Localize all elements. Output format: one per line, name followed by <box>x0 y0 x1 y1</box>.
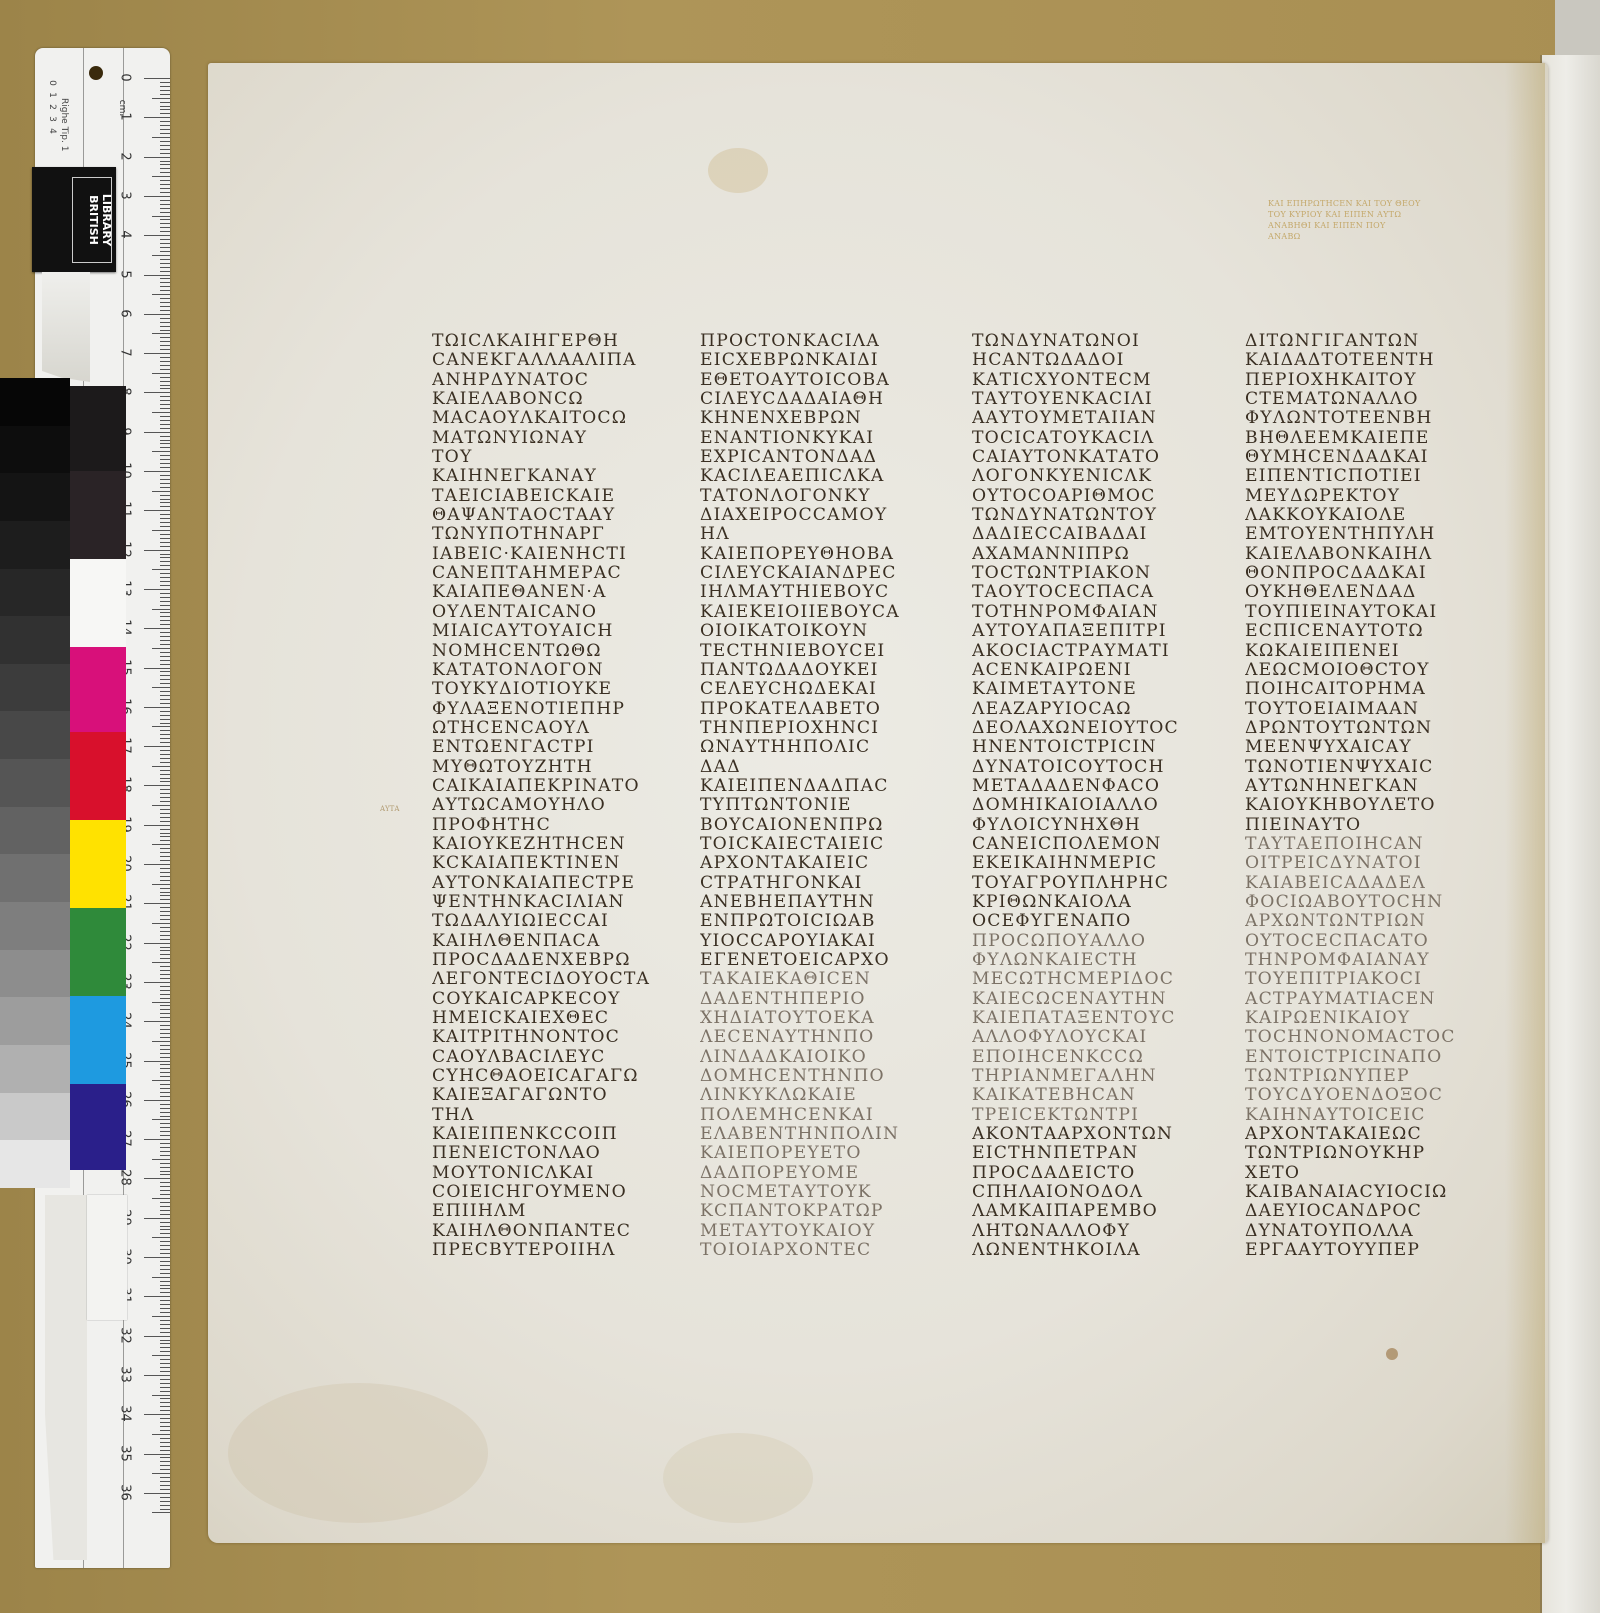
text-line: ΠΑΝΤΩΔΑΔΟΥΚΕΙ <box>700 661 900 680</box>
greyscale-card <box>0 378 70 1188</box>
text-line: ΠΡΟΦΗΤΗC <box>432 816 650 835</box>
text-line: ΕΝΑΝΤΙΟΝΚΥΚΑΙ <box>700 429 900 448</box>
ruler-tick <box>160 1363 170 1364</box>
text-line: ΜΑCΑΟΥΛΚΑΙΤΟCΩ <box>432 409 650 428</box>
text-line: ΜΑΤΩΝΥΙΩΝΑΥ <box>432 429 650 448</box>
text-line: ΕΘΕΤΟΑΥΤΟΙCΟΒΑ <box>700 371 900 390</box>
ruler-tick <box>160 876 170 877</box>
text-line: ΤΩΙCΛΚΑΙΗΓΕΡΘΗ <box>432 332 650 351</box>
text-line: ΔΟΜΗΙΚΑΙΟΙΑΛΛΟ <box>972 796 1179 815</box>
text-line: ΤΗΛ <box>432 1106 650 1125</box>
ruler-tick <box>160 640 170 641</box>
text-line: CΑΟΥΛΒΑCΙΛΕΥC <box>432 1048 650 1067</box>
grey-step <box>0 950 70 998</box>
ruler-tick <box>160 125 170 126</box>
ruler-tick <box>144 1336 170 1337</box>
text-line: CΑΝΕΠΤΑΗΜΕΡΑC <box>432 564 650 583</box>
ruler-tick <box>144 314 170 315</box>
text-line: ΚΑΙΕΛΑΒΟΝCΩ <box>432 390 650 409</box>
ruler-tick <box>160 534 170 535</box>
ruler-tick <box>152 805 170 806</box>
swatch-yellow <box>70 820 126 908</box>
ruler-tick <box>160 1084 170 1085</box>
ruler-tick <box>160 267 170 268</box>
ruler-tick <box>160 699 170 700</box>
ruler-tick <box>160 679 170 680</box>
text-line: ΠΟΛΕΜΗCΕΝΚΑΙ <box>700 1106 900 1125</box>
ruler-tick <box>160 487 170 488</box>
ruler-tick <box>144 392 170 393</box>
ruler-tick <box>160 1131 170 1132</box>
text-line: ΤΟΤΗΝΡΟΜΦΑΙΑΝ <box>972 603 1179 622</box>
text-line: CΠΗΛΑΙΟΝΟΔΟΛ <box>972 1183 1179 1202</box>
stain <box>1386 1348 1398 1360</box>
ruler-tick <box>160 1163 170 1164</box>
ruler-tick <box>160 1005 170 1006</box>
text-line: CΤΕΜΑΤΩΝΑΛΛΟ <box>1245 390 1456 409</box>
text-line: ΛΕCΕΝΑΥΤΗΝΠΟ <box>700 1028 900 1047</box>
adjacent-page-edge <box>1540 55 1600 1613</box>
text-line: ΚΗΝΕΝΧΕΒΡΩΝ <box>700 409 900 428</box>
text-line: ΕΠΟΙΗCΕΝΚCCΩ <box>972 1048 1179 1067</box>
text-line: ΚΑΙΟΥΚΗΒΟΥΛΕΤΟ <box>1245 796 1456 815</box>
text-line: ΤΗΝΡΟΜΦΑΙΑΝΑΥ <box>1245 951 1456 970</box>
ruler-tick <box>160 966 170 967</box>
ruler-tick <box>152 294 170 295</box>
text-line: ΑΚΟCΙΑCΤΡΑΥΜΑΤΙ <box>972 642 1179 661</box>
ruler-tick <box>160 1017 170 1018</box>
text-line: ΤΟΥCΔΥΟΕΝΔΟΞΟC <box>1245 1086 1456 1105</box>
text-line: ΔΥΝΑΤΟΙCΟΥΤΟCΗ <box>972 758 1179 777</box>
ruler-tick <box>160 950 170 951</box>
ruler-tick <box>160 341 170 342</box>
swatch-red <box>70 732 126 820</box>
ruler-tick <box>160 1398 170 1399</box>
ruler-tick <box>160 1155 170 1156</box>
text-line: ΟΙΟΙΚΑΤΟΙΚΟΥΝ <box>700 622 900 641</box>
grey-step <box>0 378 70 426</box>
ruler-tick <box>152 491 170 492</box>
ruler-tick <box>144 353 170 354</box>
text-line: ΤΥΠΤΩΝΤΟΝΙΕ <box>700 796 900 815</box>
text-line: ΚΑΙΡΩΕΝΙΚΑΙΟΥ <box>1245 1009 1456 1028</box>
ruler-tick <box>160 1387 170 1388</box>
ruler-tick <box>160 715 170 716</box>
ruler-tick <box>160 318 170 319</box>
inch-mark-label: 3 <box>47 116 57 122</box>
ruler-tick <box>152 1041 170 1042</box>
ruler-tick <box>144 982 170 983</box>
ruler-tick <box>160 424 170 425</box>
text-line: ΦΥΛΩΝΚΑΙΕCΤΗ <box>972 951 1179 970</box>
ruler-tick <box>160 671 170 672</box>
ruler-tick <box>160 1418 170 1419</box>
ruler-tick <box>160 848 170 849</box>
ruler-tick <box>160 656 170 657</box>
text-line: ΤΟCΗΝΟΝΟΜΑCΤΟC <box>1245 1028 1456 1047</box>
text-line: ΚΩΚΑΙΕΙΠΕΝΕΙ <box>1245 642 1456 661</box>
text-line: ΚΑΤΑΤΟΝΛΟΓΟΝ <box>432 661 650 680</box>
ruler-tick <box>160 1457 170 1458</box>
text-line: ΜΕΤΑΥΤΟΥΚΑΙΟΥ <box>700 1222 900 1241</box>
text-column-3: ΤΩΝΔΥΝΑΤΩΝΟΙΗCΑΝΤΩΔΑΔΟΙΚΑΤΙCΧΥΟΝΤΕCΜΤΑΥΤ… <box>972 332 1179 1261</box>
ruler-tick <box>160 1304 170 1305</box>
cm-mark-label: 7 <box>118 343 133 363</box>
text-line: ΜΕΥΔΩΡΕΚΤΟΥ <box>1245 487 1456 506</box>
ruler-tick <box>160 204 170 205</box>
text-line: ΚΑΙΕΛΑΒΟΝΚΑΙΗΛ <box>1245 545 1456 564</box>
text-line: ΤΡΕΙCΕΚΤΩΝΤΡΙ <box>972 1106 1179 1125</box>
ruler-tick <box>160 1116 170 1117</box>
ruler-tick <box>160 978 170 979</box>
ruler-tick <box>160 703 170 704</box>
ruler-tick <box>160 168 170 169</box>
text-line: ΠΡΕCΒΥΤΕΡΟΙΙΗΛ <box>432 1241 650 1260</box>
ruler-tick <box>160 1214 170 1215</box>
ruler-tick <box>160 377 170 378</box>
ruler-tick <box>152 609 170 610</box>
stain <box>708 148 768 193</box>
ruler-tick <box>160 935 170 936</box>
cm-mark-label: 0 <box>118 68 133 88</box>
ruler-tick <box>152 1159 170 1160</box>
ruler-tick <box>144 628 170 629</box>
margin-annotation: ΑΥΤΑ <box>380 805 399 813</box>
swatch-magenta <box>70 647 126 732</box>
ruler-tick <box>160 1308 170 1309</box>
ruler-tick <box>160 947 170 948</box>
ruler-tick <box>160 1194 170 1195</box>
ruler-tick <box>160 1371 170 1372</box>
cm-mark-label: 4 <box>118 225 133 245</box>
ruler-tick <box>152 923 170 924</box>
ruler-tick <box>160 106 170 107</box>
ruler-tick <box>152 451 170 452</box>
text-line: ΜΕΤΑΔΑΔΕΝΦΑCΟ <box>972 777 1179 796</box>
ruler-tick <box>160 1497 170 1498</box>
ruler-tick <box>160 817 170 818</box>
text-line: ΑΥΤΩCΑΜΟΥΗΛΟ <box>432 796 650 815</box>
ruler-tick <box>160 958 170 959</box>
text-line: ΤΕCΤΗΝΙΕΒΟΥCΕΙ <box>700 642 900 661</box>
ruler-tick <box>160 1029 170 1030</box>
ruler-tick <box>160 121 170 122</box>
ruler-tick <box>144 1139 170 1140</box>
text-line: ΤΩΝΟΤΙΕΝΨΥΧΑΙC <box>1245 758 1456 777</box>
ruler-tick <box>144 864 170 865</box>
ruler-tick <box>160 522 170 523</box>
ruler-tick <box>160 1190 170 1191</box>
ruler-tick <box>160 1182 170 1183</box>
ruler-tick <box>160 774 170 775</box>
ruler-tick <box>160 263 170 264</box>
text-line: ΜΕCΩΤΗCΜΕΡΙΔΟC <box>972 970 1179 989</box>
ruler-tick <box>160 1367 170 1368</box>
ruler-tick <box>160 1253 170 1254</box>
ruler-tick <box>160 310 170 311</box>
text-line: ΕΛΑΒΕΝΤΗΝΠΟΛΙΝ <box>700 1125 900 1144</box>
text-line: ΤΟCΙCΑΤΟΥΚΑCΙΛ <box>972 429 1179 448</box>
ruler-tick <box>160 459 170 460</box>
cm-mark-label: 36 <box>118 1482 133 1502</box>
text-line: ΚΑΙΔΑΔΤΟΤΕΕΝΤΗ <box>1245 351 1456 370</box>
text-line: ΑΡΧΩΝΤΩΝΤΡΙΩΝ <box>1245 912 1456 931</box>
ruler-tick <box>144 117 170 118</box>
ruler-tick <box>160 723 170 724</box>
text-line: ΘΑΨΑΝΤΑΟCΤΑΑΥ <box>432 506 650 525</box>
ruler-tick <box>160 840 170 841</box>
inch-mark-label: 1 <box>47 92 57 98</box>
text-line: ΔΟΜΗCΕΝΤΗΝΠΟ <box>700 1067 900 1086</box>
ruler-tick <box>160 141 170 142</box>
ruler-tick <box>160 90 170 91</box>
ruler-tick <box>160 998 170 999</box>
ruler-tick <box>160 381 170 382</box>
ruler-tick <box>160 271 170 272</box>
ruler-tick <box>160 1469 170 1470</box>
text-line: ΚΑΙΕΠΟΡΕΥΕΤΟ <box>700 1144 900 1163</box>
cm-mark-label: 6 <box>118 303 133 323</box>
color-calibration-card <box>70 386 126 1196</box>
cm-mark-label: 33 <box>118 1364 133 1384</box>
ruler-tick <box>160 762 170 763</box>
ruler-tick <box>160 1072 170 1073</box>
text-line: ΠΡΟCΔΑΔΕΙCΤΟ <box>972 1164 1179 1183</box>
ruler-tick <box>160 919 170 920</box>
text-line: ΚΑΙΚΑΤΕΒΗCΑΝ <box>972 1086 1179 1105</box>
text-line: ΜΕΕΝΨΥΧΑΙCΑΥ <box>1245 738 1456 757</box>
ruler-tick <box>160 302 170 303</box>
text-line: ΔΙΑΧΕΙΡΟCCΑΜΟΥ <box>700 506 900 525</box>
text-line: ΤΗΡΙΑΝΜΕΓΑΛΗΝ <box>972 1067 1179 1086</box>
ruler-tick <box>144 1218 170 1219</box>
ruler-tick <box>152 1080 170 1081</box>
ruler-tick <box>160 1245 170 1246</box>
text-line: ΛΑΚΚΟΥΚΑΙΟΛΕ <box>1245 506 1456 525</box>
ruler-tick <box>160 1143 170 1144</box>
ruler-tick <box>160 326 170 327</box>
ruler-tick <box>160 1076 170 1077</box>
text-line: ΚΑΙΑΠΕΘΑΝΕΝ·Α <box>432 583 650 602</box>
text-line: ΠΡΟCΤΟΝΚΑCΙΛΑ <box>700 332 900 351</box>
text-line: ΔΑΔΠΟΡΕΥΟΜΕ <box>700 1164 900 1183</box>
ruler-tick <box>160 259 170 260</box>
ruler-tick <box>160 113 170 114</box>
ruler-tick <box>152 844 170 845</box>
ruler-tick <box>144 196 170 197</box>
ruler-tick <box>160 880 170 881</box>
ruler-tick <box>160 1068 170 1069</box>
text-line: ΤΟCΤΩΝΤΡΙΑΚΟΝ <box>972 564 1179 583</box>
ruler-tick <box>160 1049 170 1050</box>
ruler-tick <box>160 1045 170 1046</box>
ruler-tick <box>160 664 170 665</box>
text-line: ΛΕΑΖΑΡΥΙΟCΑΩ <box>972 700 1179 719</box>
grey-step <box>0 426 70 474</box>
ruler-tick <box>160 1292 170 1293</box>
grey-step <box>0 711 70 759</box>
text-line: ΕΙCΤΗΝΠΕΤΡΑΝ <box>972 1144 1179 1163</box>
text-line: ΠΡΟΚΑΤΕΛΑΒΕΤΟ <box>700 700 900 719</box>
ruler-tick <box>144 510 170 511</box>
text-line: ΤΑΥΤΑΕΠΟΙΗCΑΝ <box>1245 835 1456 854</box>
text-line: ΚΑΙΕΠΑΤΑΞΕΝΤΟΥC <box>972 1009 1179 1028</box>
text-line: ΚCΚΑΙΑΠΕΚΤΙΝΕΝ <box>432 854 650 873</box>
text-line: ΕΝΠΡΩΤΟΙCΙΩΑΒ <box>700 912 900 931</box>
text-column-2: ΠΡΟCΤΟΝΚΑCΙΛΑΕΙCΧΕΒΡΩΝΚΑΙΔΙΕΘΕΤΟΑΥΤΟΙCΟΒ… <box>700 332 900 1261</box>
ruler-tick <box>144 825 170 826</box>
ruler-tick <box>160 1273 170 1274</box>
text-line: ΔΑΔΙΕCCΑΙΒΑΔΑΙ <box>972 525 1179 544</box>
text-line: ΤΟΙCΚΑΙΕCΤΑΙΕΙC <box>700 835 900 854</box>
ruler-tick <box>160 357 170 358</box>
ruler-tick <box>152 569 170 570</box>
ruler-tick <box>160 1206 170 1207</box>
ruler-tick <box>160 1285 170 1286</box>
ruler-tick <box>160 797 170 798</box>
ruler-tick <box>160 1104 170 1105</box>
text-line: ΠΕΡΙΟΧΗΚΑΙΤΟΥ <box>1245 371 1456 390</box>
text-line: ΚΑΙΗΝΕΓΚΑΝΑΥ <box>432 467 650 486</box>
text-line: ΕΝΤΟΙCΤΡΙCΙΝΑΠΟ <box>1245 1048 1456 1067</box>
text-line: ΠΡΟCΩΠΟΥΑΛΛΟ <box>972 932 1179 951</box>
ruler-tick <box>152 687 170 688</box>
ruler-tick <box>160 251 170 252</box>
text-line: ΟΙΤΡΕΙCΔΥΝΑΤΟΙ <box>1245 854 1456 873</box>
text-line: ΤΑΟΥΤΟCΕCΠΑCΑ <box>972 583 1179 602</box>
ruler-tick <box>152 726 170 727</box>
text-line: ΑΥΤΩΝΗΝΕΓΚΑΝ <box>1245 777 1456 796</box>
text-column-4: ΔΙΤΩΝΓΙΓΑΝΤΩΝΚΑΙΔΑΔΤΟΤΕΕΝΤΗΠΕΡΙΟΧΗΚΑΙΤΟΥ… <box>1245 332 1456 1261</box>
swatch-dark-purple-black <box>70 471 126 559</box>
ruler-tick <box>160 809 170 810</box>
text-line: ΗCΑΝΤΩΔΑΔΟΙ <box>972 351 1179 370</box>
ruler-tick <box>160 789 170 790</box>
ruler-tick <box>160 1053 170 1054</box>
text-line: ΤΟΥ <box>432 448 650 467</box>
ruler-tick <box>160 986 170 987</box>
ruler-tick <box>160 1037 170 1038</box>
ruler-tick <box>160 1406 170 1407</box>
text-line: ΧΗΔΙΑΤΟΥΤΟΕΚΑ <box>700 1009 900 1028</box>
ruler-tick <box>144 157 170 158</box>
text-line: ΚΑCΙΛΕΑΕΠΙCΛΚΑ <box>700 467 900 486</box>
ruler-tick <box>160 396 170 397</box>
text-line: CΟΥΚΑΙCΑΡΚΕCΟΥ <box>432 990 650 1009</box>
ruler-tick <box>160 899 170 900</box>
ruler-tick <box>160 632 170 633</box>
text-line: ΤΩΝΤΡΙΩΝΥΠΕΡ <box>1245 1067 1456 1086</box>
ruler-tick <box>160 821 170 822</box>
ruler-tick <box>144 903 170 904</box>
text-line: ΛΙΝΚΥΚΛΩΚΑΙΕ <box>700 1086 900 1105</box>
ruler-tick <box>160 133 170 134</box>
ruler-tick <box>152 1002 170 1003</box>
text-line: ΑCΤΡΑΥΜΑΤΙΑCΕΝ <box>1245 990 1456 1009</box>
swatch-black <box>70 386 126 471</box>
ruler-tick <box>160 738 170 739</box>
text-line: ΔΑΔ <box>700 758 900 777</box>
text-line: ΤΩΝΥΠΟΤΗΝΑΡΓ <box>432 525 650 544</box>
ruler-tick <box>160 801 170 802</box>
ruler-tick <box>144 1061 170 1062</box>
ruler-tick <box>160 306 170 307</box>
ruler-tick <box>160 892 170 893</box>
ruler-tick <box>160 593 170 594</box>
ruler-tick <box>160 1261 170 1262</box>
ruler-tick <box>160 970 170 971</box>
text-line: ΘΥΜΗCΕΝΔΑΔΚΑΙ <box>1245 448 1456 467</box>
ruler-tick <box>160 1009 170 1010</box>
text-line: ΑΧΑΜΑΝΝΙΠΡΩ <box>972 545 1179 564</box>
text-line: ΩΤΗCΕΝCΑΟΥΛ <box>432 719 650 738</box>
inch-mark-label: 2 <box>47 104 57 110</box>
unit-label: cm. <box>117 98 127 118</box>
ruler-tick <box>160 605 170 606</box>
text-line: CΑΙΚΑΙΑΠΕΚΡΙΝΑΤΟ <box>432 777 650 796</box>
ruler-tick <box>160 361 170 362</box>
ruler-tick <box>160 833 170 834</box>
cm-mark-label: 5 <box>118 264 133 284</box>
text-line: ΑΚΟΝΤΑΑΡΧΟΝΤΩΝ <box>972 1125 1179 1144</box>
text-line: ΗΝΕΝΤΟΙCΤΡΙCΙΝ <box>972 738 1179 757</box>
ruler-tick <box>160 337 170 338</box>
text-line: ΤΟΥΠΙΕΙΝΑΥΤΟΚΑΙ <box>1245 603 1456 622</box>
ruler-tick <box>144 550 170 551</box>
text-line: ΕΠΙΙΗΛΜ <box>432 1202 650 1221</box>
ruler-tick <box>144 943 170 944</box>
text-line: ΕΜΤΟΥΕΝΤΗΠΥΛΗ <box>1245 525 1456 544</box>
text-line: ΔΙΤΩΝΓΙΓΑΝΤΩΝ <box>1245 332 1456 351</box>
ruler-tick <box>152 1355 170 1356</box>
ruler-tick <box>160 1383 170 1384</box>
ruler-tick <box>160 836 170 837</box>
ruler-tick <box>144 1375 170 1376</box>
ruler-tick <box>144 1100 170 1101</box>
ruler-tick <box>160 1096 170 1097</box>
ruler-tick <box>160 483 170 484</box>
text-line: ΚΑΙΗΛΘΕΝΠΑCΑ <box>432 932 650 951</box>
ruler-tick <box>160 546 170 547</box>
ruler-tick <box>160 754 170 755</box>
ruler-tick <box>160 200 170 201</box>
badge-text: LIBRARY BRITISH <box>87 178 113 262</box>
ruler-tick <box>160 612 170 613</box>
ruler-tick <box>160 86 170 87</box>
text-line: ΑΥΤΟΝΚΑΙΑΠΕCΤΡΕ <box>432 874 650 893</box>
text-line: ΚCΠΑΝΤΟΚΡΑΤΩΡ <box>700 1202 900 1221</box>
ruler-tick <box>160 149 170 150</box>
ruler-tick <box>160 691 170 692</box>
ruler-tick <box>160 1127 170 1128</box>
ruler-tick <box>160 561 170 562</box>
ruler-tick <box>160 1064 170 1065</box>
lower-inch-strip <box>45 1195 87 1560</box>
ruler-tick <box>160 188 170 189</box>
text-line: ΤΑΚΑΙΕΚΑΘΙCΕΝ <box>700 970 900 989</box>
ruler-tick <box>152 1512 170 1513</box>
text-line: ΙΗΛΜΑΥΤΗΙΕΒΟΥC <box>700 583 900 602</box>
ruler-tick <box>152 1198 170 1199</box>
text-line: ΚΑΙΕΙΠΕΝΚCCΟΙΠ <box>432 1125 650 1144</box>
ruler-tick <box>160 652 170 653</box>
ruler-tick <box>160 793 170 794</box>
text-line: ΙΑΒΕΙC·ΚΑΙΕΝΗCΤΙ <box>432 545 650 564</box>
ruler-tick <box>160 927 170 928</box>
ruler-tick <box>160 695 170 696</box>
text-line: ΤΑΤΟΝΛΟΓΟΝΚΥ <box>700 487 900 506</box>
text-line: ΛΗΤΩΝΑΛΛΟΦΥ <box>972 1222 1179 1241</box>
